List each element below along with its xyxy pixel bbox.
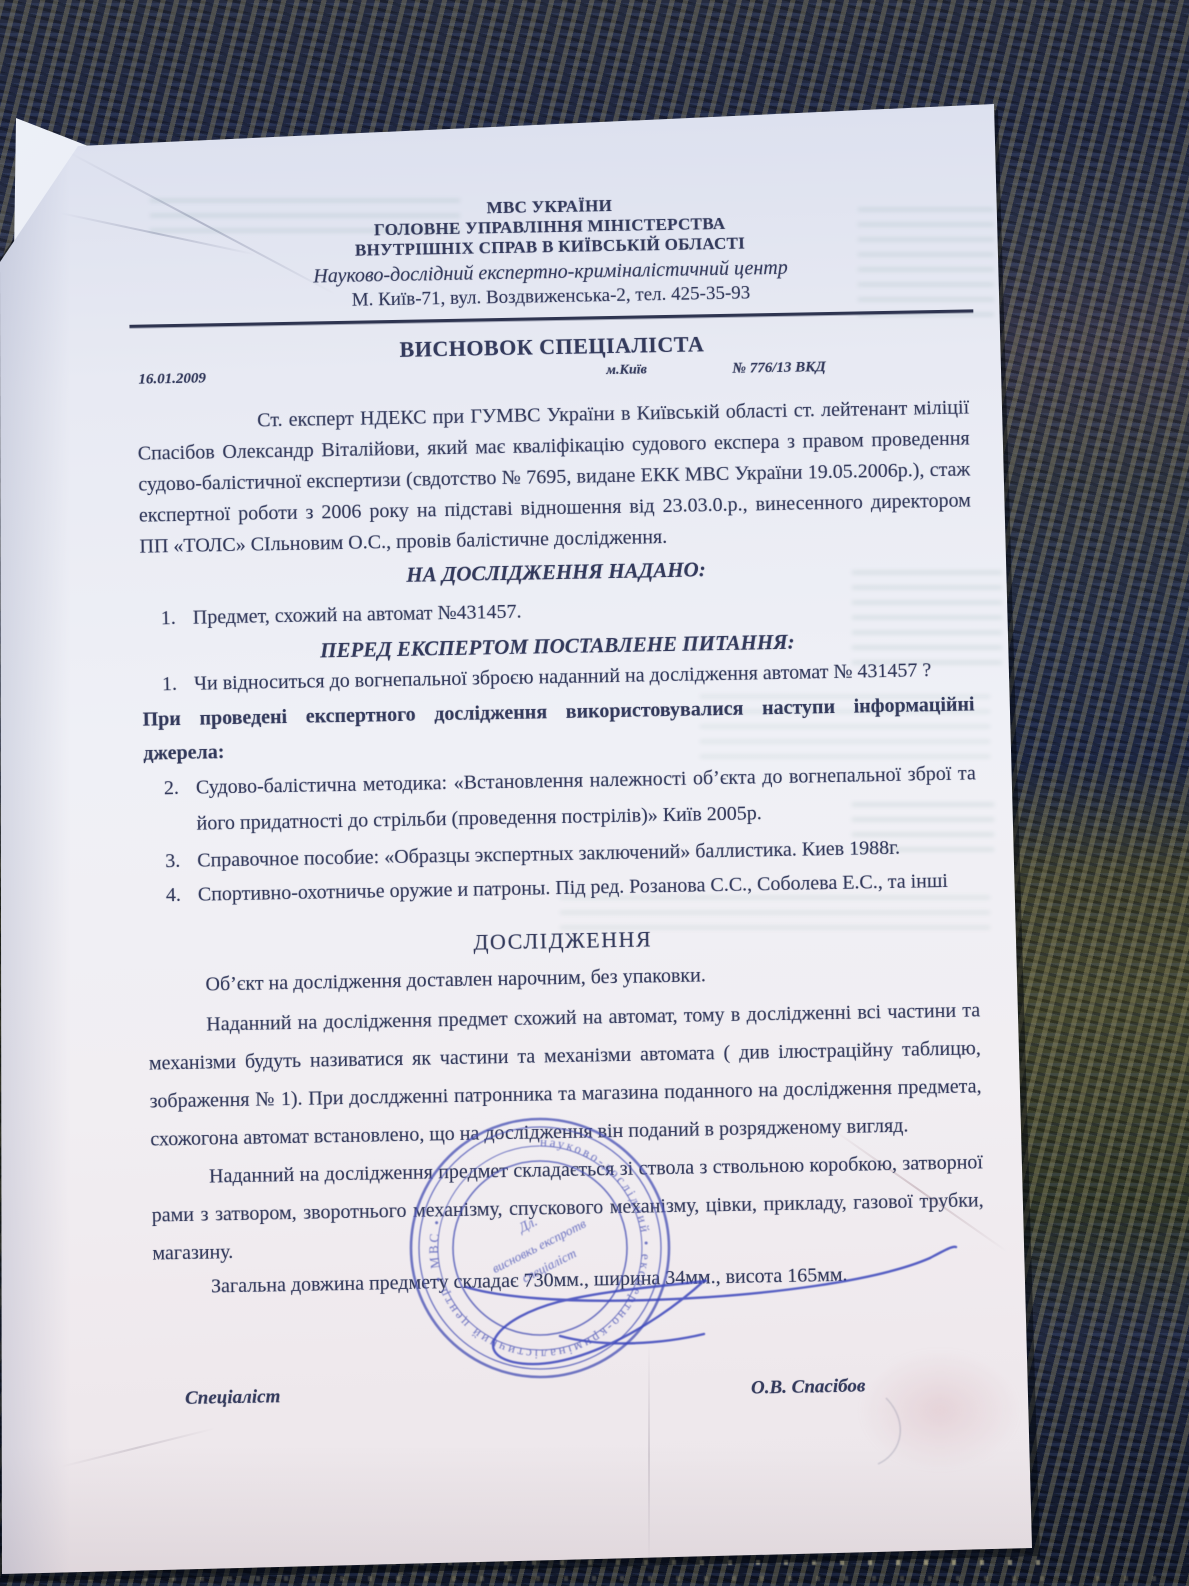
document-date: 16.01.2009 (138, 370, 206, 388)
signature-name: О.В. Спасібов (751, 1376, 866, 1400)
list-item-number: 3. (165, 846, 181, 876)
section-heading-research: ДОСЛІДЖЕННЯ (147, 919, 979, 962)
fabric-dots-row (60, 1576, 1160, 1581)
list-item: 2. Судово-балістична методика: «Встановл… (144, 755, 977, 842)
list-item-text: Судово-балістична методика: «Встановленн… (196, 762, 976, 834)
list-item: 1. Предмет, схожий на автомат №431457. (141, 589, 973, 632)
list-item-number: 1. (161, 604, 177, 632)
intro-paragraph: Ст. експерт НДЕКС при ГУМВС України в Ки… (137, 392, 972, 562)
list-item-text: Справочное пособие: «Образцы экспертных … (197, 837, 900, 872)
list-item-number: 2. (164, 770, 180, 806)
signature-role: Спеціаліст (185, 1386, 281, 1410)
list-item-number: 4. (166, 880, 182, 910)
document-header: МВС УКРАЇНИ ГОЛОВНЕ УПРАВЛІННЯ МІНІСТЕРС… (133, 189, 967, 316)
document-number: № 776/13 ВКД (732, 359, 826, 378)
list-item-text: Спортивно-охотничье оружие и патроны. Пі… (198, 870, 948, 906)
research-paragraph: Наданний на дослідження предмет складаєт… (151, 1143, 985, 1272)
photo-background: МВС УКРАЇНИ ГОЛОВНЕ УПРАВЛІННЯ МІНІСТЕРС… (0, 0, 1189, 1586)
research-paragraph: Наданний на дослідження предмет схожий н… (148, 991, 983, 1158)
list-item-number: 1. (162, 670, 178, 698)
document-page: МВС УКРАЇНИ ГОЛОВНЕ УПРАВЛІННЯ МІНІСТЕРС… (133, 177, 987, 1414)
list-item-text: Предмет, схожий на автомат №431457. (193, 601, 522, 629)
document-city: м.Київ (606, 362, 647, 379)
